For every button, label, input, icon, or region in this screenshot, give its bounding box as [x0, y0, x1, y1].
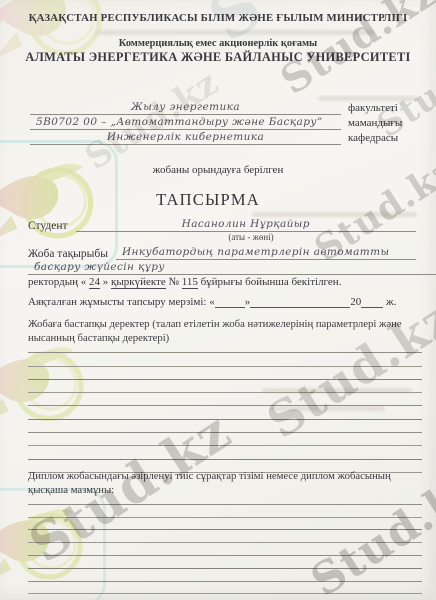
ruled-lines-questions: [28, 492, 422, 600]
ruled-line: [28, 518, 422, 531]
student-handwritten-name: Насанолин Нұрқайыр: [76, 218, 416, 230]
approval-post: бұйрығы бойынша бекітілген.: [198, 276, 342, 288]
faculty-label: факультеті: [341, 101, 420, 115]
deadline-label: Аяқталған жұмысты тапсыру мерзімі: «: [28, 296, 215, 308]
deadline-day-blank: [215, 296, 245, 308]
deadline-year-suffix: ж.: [383, 296, 396, 308]
specialty-handwritten-value: 5В0702 00 – „Автоматтандыру және Басқару…: [30, 116, 347, 128]
department-row: Инженерлік кибернетика кафедрасы: [30, 130, 420, 145]
ruled-line: [28, 530, 422, 543]
deadline-line: Аяқталған жұмысты тапсыру мерзімі: «»20 …: [28, 296, 422, 308]
topic-line-2: басқару жүйесін құру: [28, 260, 436, 275]
approval-quote: »: [100, 276, 111, 288]
ruled-line: [28, 393, 422, 406]
approval-number-sign: №: [166, 276, 182, 288]
ruled-line: [28, 433, 422, 446]
form-title: ТАПСЫРМА: [0, 190, 436, 210]
approval-month: қыркүйекте: [111, 276, 166, 289]
ruled-line: [28, 340, 422, 353]
department-line: Инженерлік кибернетика: [30, 129, 341, 145]
specialty-label: мамандығы: [341, 116, 420, 130]
topic-label: Жоба тақырыбы: [28, 248, 116, 260]
ruled-line: [28, 556, 422, 569]
topic-handwritten-line1: Инкубатордың параметрлерін автоматты: [116, 246, 422, 258]
deadline-year-blank: [361, 296, 383, 308]
specialty-row: 5В0702 00 – „Автоматтандыру және Басқару…: [30, 115, 420, 130]
faculty-row: Жылу энергетика факультеті: [30, 100, 420, 115]
ruled-line: [28, 543, 422, 556]
name-hint: (аты - жөні): [90, 232, 412, 242]
student-name-line: Насанолин Нұрқайыр: [76, 216, 416, 232]
topic-line-1: Инкубатордың параметрлерін автоматты: [116, 244, 416, 260]
ruled-lines-initial-data: [28, 340, 422, 473]
department-label: кафедрасы: [341, 131, 420, 145]
ruled-line: [28, 446, 422, 459]
faculty-line: Жылу энергетика: [30, 99, 341, 115]
ruled-line: [28, 420, 422, 433]
deadline-month-blank: [250, 296, 350, 308]
ruled-line: [28, 505, 422, 518]
form-content: ҚАЗАҚСТАН РЕСПУБЛИКАСЫ БІЛІМ ЖӘНЕ ҒЫЛЫМ …: [0, 0, 436, 600]
ruled-line: [28, 406, 422, 419]
ruled-line: [28, 367, 422, 380]
department-handwritten-value: Инженерлік кибернетика: [30, 131, 341, 143]
ruled-line: [28, 569, 422, 582]
org-type-line: Коммерциялық емес акционерлік қоғамы: [0, 38, 436, 49]
ruled-line: [28, 582, 422, 595]
scanned-assignment-form: S Stud.kz Stud.kz Stud.kz Stud.kz Stud.k…: [0, 0, 436, 600]
faculty-handwritten-value: Жылу энергетика: [30, 101, 341, 113]
ministry-title: ҚАЗАҚСТАН РЕСПУБЛИКАСЫ БІЛІМ ЖӘНЕ ҒЫЛЫМ …: [0, 12, 436, 24]
student-label: Студент: [28, 220, 76, 232]
ruled-line: [28, 492, 422, 505]
approval-day: 24: [89, 276, 100, 289]
university-title: АЛМАТЫ ЭНЕРГЕТИКА ЖӘНЕ БАЙЛАНЫС УНИВЕРСИ…: [0, 50, 436, 65]
ruled-line: [28, 594, 422, 600]
ruled-line: [28, 380, 422, 393]
deadline-year-prefix: 20: [350, 296, 361, 308]
topic-row: Жоба тақырыбы Инкубатордың параметрлерін…: [28, 245, 416, 260]
topic-handwritten-line2: басқару жүйесін құру: [28, 261, 436, 273]
approval-pre: ректордың «: [28, 276, 89, 288]
student-row: Студент Насанолин Нұрқайыр: [28, 217, 416, 232]
ruled-line: [28, 353, 422, 366]
approval-order-number: 115: [182, 276, 198, 289]
specialty-line: 5В0702 00 – „Автоматтандыру және Басқару…: [30, 114, 341, 130]
rector-approval-line: ректордың « 24 » қыркүйекте № 115 бұйрығ…: [28, 276, 422, 288]
given-for-line: жобаны орындауға берілген: [0, 164, 436, 176]
